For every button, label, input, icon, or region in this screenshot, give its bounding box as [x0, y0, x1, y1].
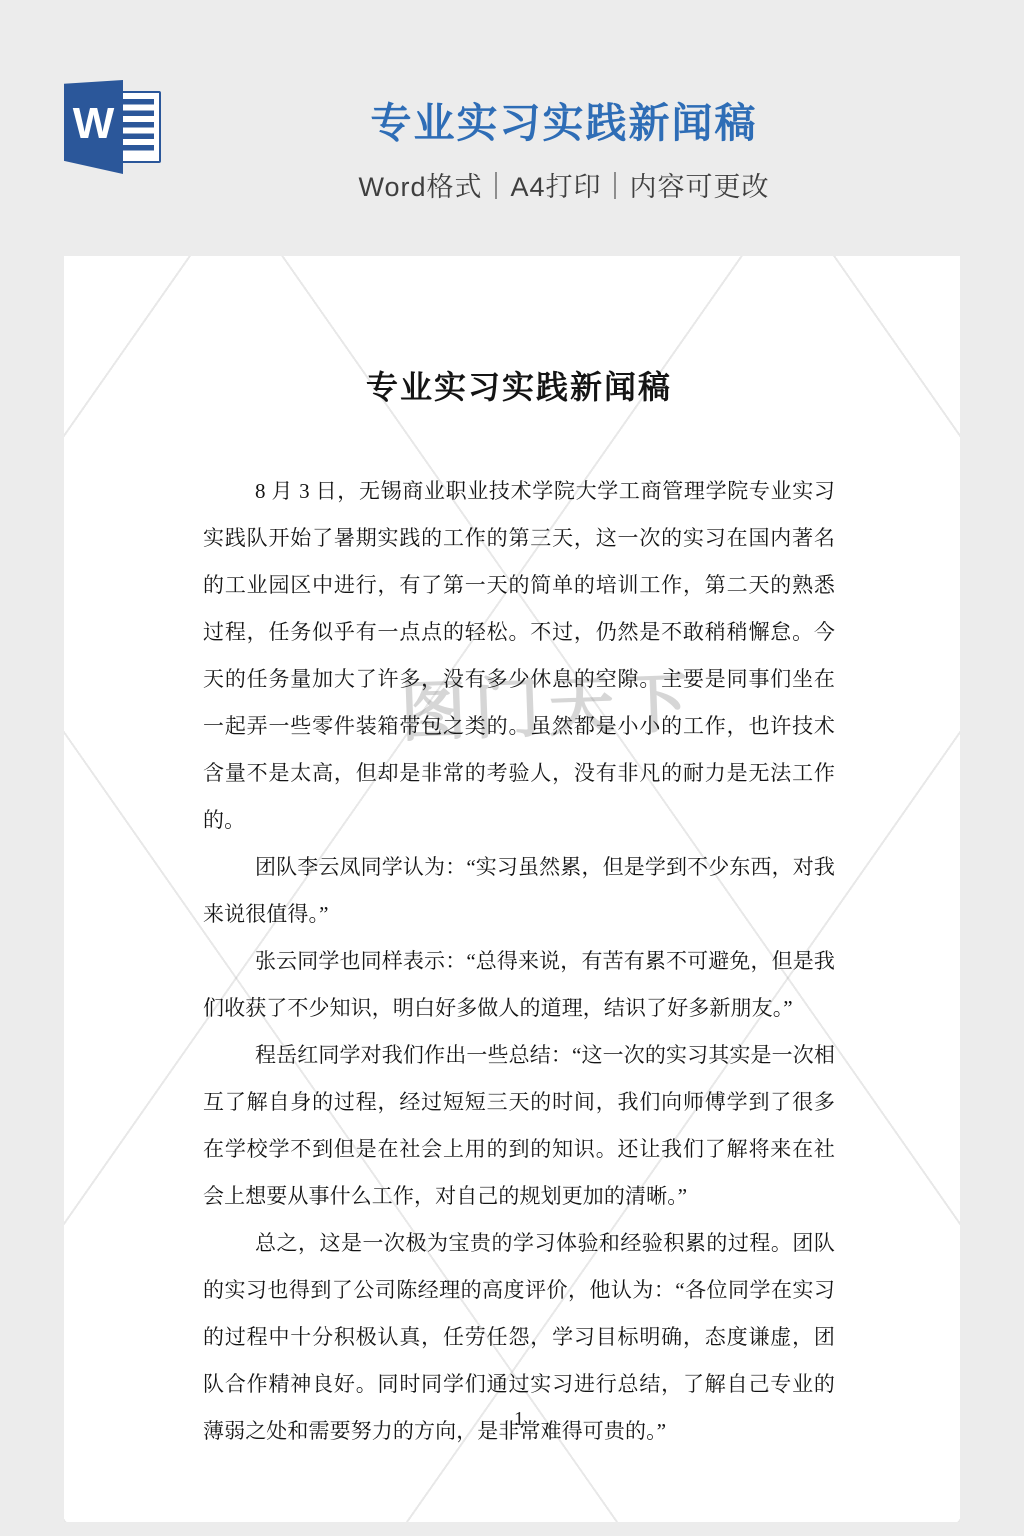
page-number: 1 [203, 1408, 835, 1431]
paragraph: 8 月 3 日，无锡商业职业技术学院大学工商管理学院专业实习实践队开始了暑期实践… [203, 468, 835, 844]
word-icon-cover: W [64, 80, 123, 174]
template-subtitle: Word格式｜A4打印｜内容可更改 [160, 165, 968, 204]
document-content: 专业实习实践新闻稿 8 月 3 日，无锡商业职业技术学院大学工商管理学院专业实习… [203, 256, 835, 1455]
paragraph: 张云同学也同样表示：“总得来说，有苦有累不可避免，但是我们收获了不少知识，明白好… [203, 938, 835, 1032]
word-icon-letter: W [73, 102, 115, 146]
document-title: 专业实习实践新闻稿 [203, 362, 835, 408]
paragraph: 程岳红同学对我们作出一些总结：“这一次的实习其实是一次相互了解自身的过程，经过短… [203, 1032, 835, 1220]
word-icon: W [64, 80, 161, 174]
paragraph: 团队李云凤同学认为：“实习虽然累，但是学到不少东西，对我来说很值得。” [203, 844, 835, 938]
template-preview-page: W 专业实习实践新闻稿 Word格式｜A4打印｜内容可更改 图门天下 专业实习实… [0, 0, 1024, 1536]
header: 专业实习实践新闻稿 Word格式｜A4打印｜内容可更改 [160, 90, 968, 204]
document-page: 图门天下 专业实习实践新闻稿 8 月 3 日，无锡商业职业技术学院大学工商管理学… [64, 256, 960, 1522]
template-title: 专业实习实践新闻稿 [160, 90, 968, 149]
document-body: 8 月 3 日，无锡商业职业技术学院大学工商管理学院专业实习实践队开始了暑期实践… [203, 468, 835, 1455]
